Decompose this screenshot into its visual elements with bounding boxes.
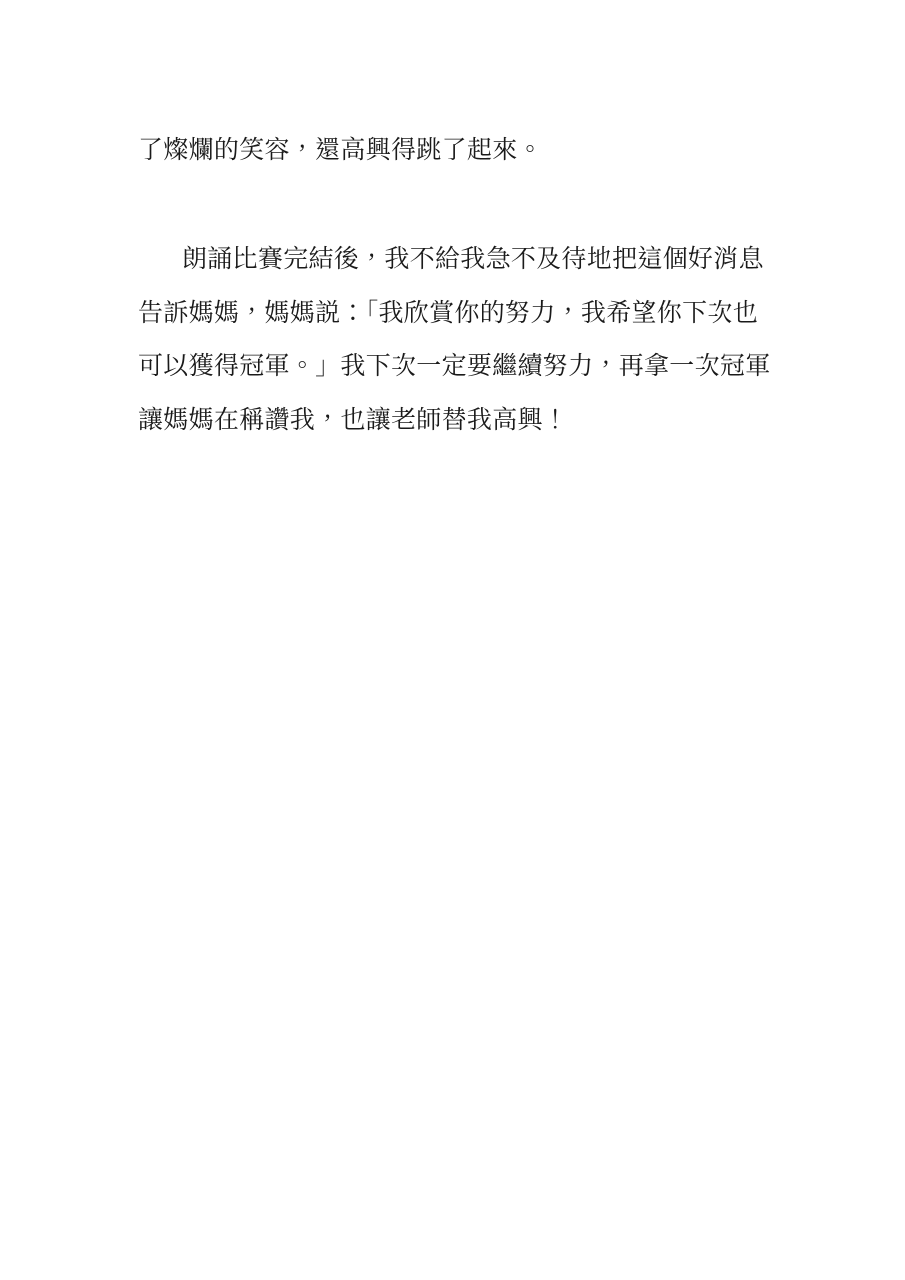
document-page: 了燦爛的笑容，還高興得跳了起來。 朗誦比賽完結後，我不給我急不及待地把這個好消息… [0,0,905,1280]
text-line: 告訴媽媽，媽媽説：「我欣賞你的努力，我希望你下次也 [138,287,786,341]
paragraph-continuation: 了燦爛的笑容，還高興得跳了起來。 [138,124,786,178]
text-line: 讓媽媽在稱讚我，也讓老師替我高興！ [138,394,786,448]
paragraph-body: 朗誦比賽完結後，我不給我急不及待地把這個好消息 告訴媽媽，媽媽説：「我欣賞你的努… [138,233,786,447]
text-line: 朗誦比賽完結後，我不給我急不及待地把這個好消息 [138,233,786,287]
text-line: 可以獲得冠軍。」我下次一定要繼續努力，再拿一次冠軍 [138,340,786,394]
text-line: 了燦爛的笑容，還高興得跳了起來。 [138,124,786,178]
